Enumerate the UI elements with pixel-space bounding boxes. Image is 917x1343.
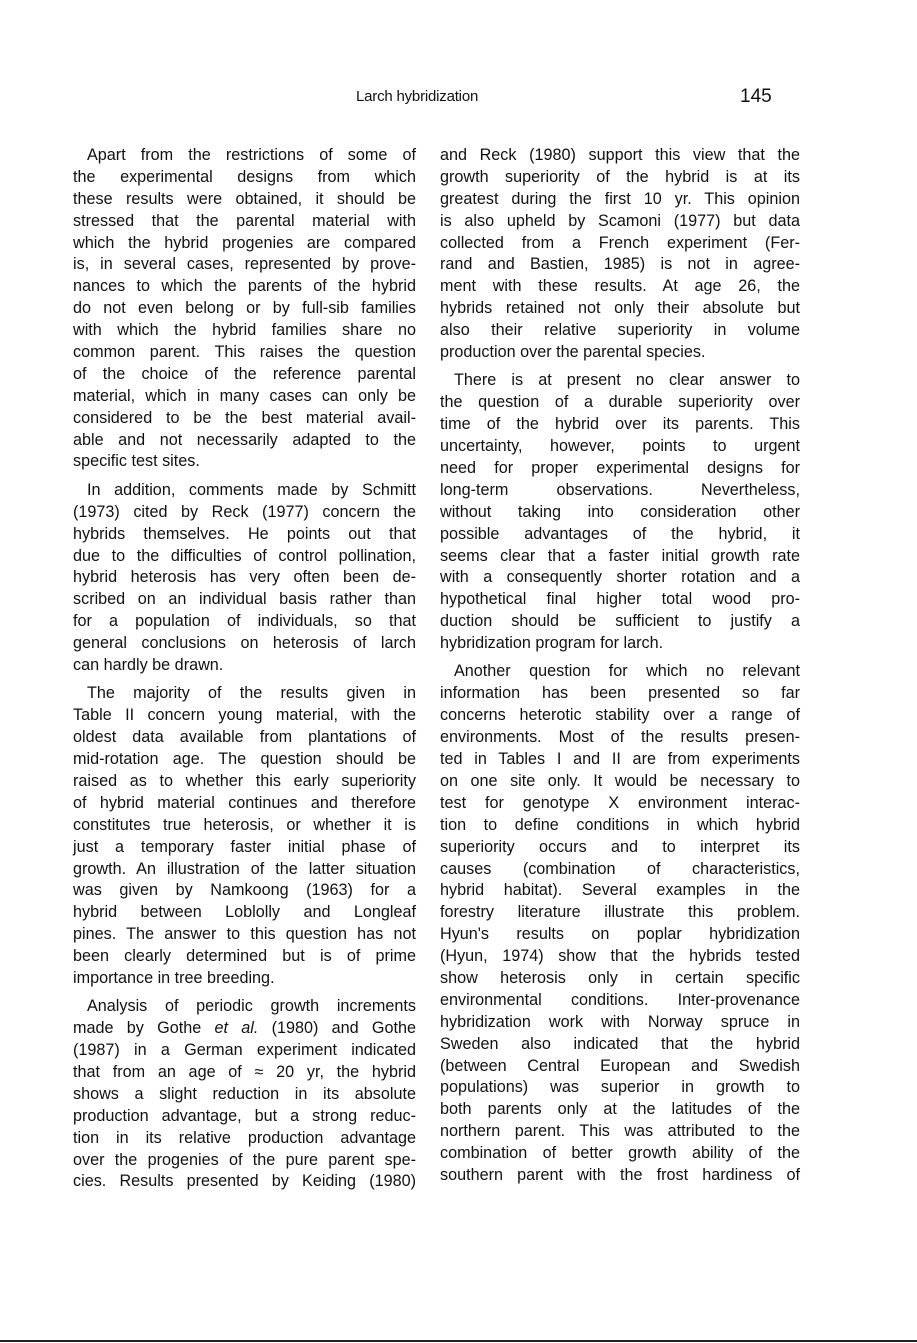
- text-line: stressed that the parental material with: [73, 211, 416, 233]
- paragraph: In addition, comments made by Schmitt(19…: [73, 480, 416, 677]
- text-line: cies. Results presented by Keiding (1980…: [73, 1171, 416, 1193]
- text-line: production advantage, but a strong reduc…: [73, 1106, 416, 1128]
- text-line: There is at present no clear answer to: [440, 370, 800, 392]
- text-line: tion to define conditions in which hybri…: [440, 815, 800, 837]
- text-line: (Hyun, 1974) show that the hybrids teste…: [440, 946, 800, 968]
- text-line: without taking into consideration other: [440, 502, 800, 524]
- text-line: was given by Namkoong (1963) for a: [73, 880, 416, 902]
- text-line: made by Gothe et al. (1980) and Gothe: [73, 1018, 416, 1040]
- text-line: hybrid heterosis has very often been de-: [73, 567, 416, 589]
- page-bottom-edge: [0, 1340, 917, 1342]
- text-line: concerns heterotic stability over a rang…: [440, 705, 800, 727]
- text-line: combination of better growth ability of …: [440, 1143, 800, 1165]
- paragraph: Another question for which no relevantin…: [440, 661, 800, 1186]
- page-number: 145: [740, 86, 772, 108]
- text-line: long-term observations. Nevertheless,: [440, 480, 800, 502]
- text-line: In addition, comments made by Schmitt: [73, 480, 416, 502]
- text-line: common parent. This raises the question: [73, 342, 416, 364]
- text-line: growth superiority of the hybrid is at i…: [440, 167, 800, 189]
- text-line: hybridization work with Norway spruce in: [440, 1012, 800, 1034]
- text-line: Apart from the restrictions of some of: [73, 145, 416, 167]
- text-line: growth. An illustration of the latter si…: [73, 859, 416, 881]
- text-line: just a temporary faster initial phase of: [73, 837, 416, 859]
- left-column: Apart from the restrictions of some ofth…: [73, 145, 416, 1200]
- text-line: material, which in many cases can only b…: [73, 386, 416, 408]
- text-line: forestry literature illustrate this prob…: [440, 902, 800, 924]
- text-line: of the choice of the reference parental: [73, 364, 416, 386]
- text-line: need for proper experimental designs for: [440, 458, 800, 480]
- text-line: the question of a durable superiority ov…: [440, 392, 800, 414]
- text-line: possible advantages of the hybrid, it: [440, 524, 800, 546]
- text-line: on one site only. It would be necessary …: [440, 771, 800, 793]
- text-line: greatest during the first 10 yr. This op…: [440, 189, 800, 211]
- paragraph: The majority of the results given inTabl…: [73, 683, 416, 989]
- text-line: causes (combination of characteristics,: [440, 859, 800, 881]
- text-line: tion in its relative production advantag…: [73, 1128, 416, 1150]
- text-line: hybrid habitat). Several examples in the: [440, 880, 800, 902]
- text-line: information has been presented so far: [440, 683, 800, 705]
- text-line: that from an age of ≈ 20 yr, the hybrid: [73, 1062, 416, 1084]
- right-column: and Reck (1980) support this view that t…: [440, 145, 800, 1193]
- text-line: oldest data available from plantations o…: [73, 727, 416, 749]
- text-line: importance in tree breeding.: [73, 968, 416, 990]
- paragraph: There is at present no clear answer toth…: [440, 370, 800, 655]
- text-line: production over the parental species.: [440, 342, 800, 364]
- text-line: northern parent. This was attributed to …: [440, 1121, 800, 1143]
- text-line: mid-rotation age. The question should be: [73, 749, 416, 771]
- text-line: Hyun's results on poplar hybridization: [440, 924, 800, 946]
- text-line: (between Central European and Swedish: [440, 1056, 800, 1078]
- text-line: time of the hybrid over its parents. Thi…: [440, 414, 800, 436]
- text-line: raised as to whether this early superior…: [73, 771, 416, 793]
- text-line: and Reck (1980) support this view that t…: [440, 145, 800, 167]
- text-line: for a population of individuals, so that: [73, 611, 416, 633]
- text-line: constitutes true heterosis, or whether i…: [73, 815, 416, 837]
- text-line: shows a slight reduction in its absolute: [73, 1084, 416, 1106]
- text-line: test for genotype X environment interac-: [440, 793, 800, 815]
- text-line: with which the hybrid families share no: [73, 320, 416, 342]
- text-line: able and not necessarily adapted to the: [73, 430, 416, 452]
- text-line: considered to be the best material avail…: [73, 408, 416, 430]
- text-line: nances to which the parents of the hybri…: [73, 276, 416, 298]
- text-line: environmental conditions. Inter-provenan…: [440, 990, 800, 1012]
- text-line: Another question for which no relevant: [440, 661, 800, 683]
- text-line: rand and Bastien, 1985) is not in agree-: [440, 254, 800, 276]
- text-line: The majority of the results given in: [73, 683, 416, 705]
- text-line: ment with these results. At age 26, the: [440, 276, 800, 298]
- text-line: populations) was superior in growth to: [440, 1077, 800, 1099]
- text-line: southern parent with the frost hardiness…: [440, 1165, 800, 1187]
- running-head: Larch hybridization 145: [0, 88, 917, 110]
- text-line: hypothetical final higher total wood pro…: [440, 589, 800, 611]
- paragraph: Apart from the restrictions of some ofth…: [73, 145, 416, 473]
- text-line: been clearly determined but is of prime: [73, 946, 416, 968]
- text-line: ted in Tables I and II are from experime…: [440, 749, 800, 771]
- text-line: do not even belong or by full-sib famili…: [73, 298, 416, 320]
- text-line: hybridization program for larch.: [440, 633, 800, 655]
- text-line: Analysis of periodic growth increments: [73, 996, 416, 1018]
- text-line: the experimental designs from which: [73, 167, 416, 189]
- text-line: collected from a French experiment (Fer-: [440, 233, 800, 255]
- text-line: due to the difficulties of control polli…: [73, 546, 416, 568]
- text-line: general conclusions on heterosis of larc…: [73, 633, 416, 655]
- running-title: Larch hybridization: [356, 88, 478, 105]
- text-line: (1987) in a German experiment indicated: [73, 1040, 416, 1062]
- text-line: scribed on an individual basis rather th…: [73, 589, 416, 611]
- text-line: uncertainty, however, points to urgent: [440, 436, 800, 458]
- text-line: hybrid between Loblolly and Longleaf: [73, 902, 416, 924]
- text-line: seems clear that a faster initial growth…: [440, 546, 800, 568]
- text-line: can hardly be drawn.: [73, 655, 416, 677]
- text-line: also their relative superiority in volum…: [440, 320, 800, 342]
- text-line: hybrids themselves. He points out that: [73, 524, 416, 546]
- text-line: pines. The answer to this question has n…: [73, 924, 416, 946]
- paragraph: Analysis of periodic growth incrementsma…: [73, 996, 416, 1193]
- text-line: specific test sites.: [73, 451, 416, 473]
- text-line: is also upheld by Scamoni (1977) but dat…: [440, 211, 800, 233]
- text-line: with a consequently shorter rotation and…: [440, 567, 800, 589]
- text-line: superiority occurs and to interpret its: [440, 837, 800, 859]
- text-line: these results were obtained, it should b…: [73, 189, 416, 211]
- text-line: show heterosis only in certain specific: [440, 968, 800, 990]
- text-line: environments. Most of the results presen…: [440, 727, 800, 749]
- paragraph: and Reck (1980) support this view that t…: [440, 145, 800, 364]
- text-line: which the hybrid progenies are compared: [73, 233, 416, 255]
- text-line: both parents only at the latitudes of th…: [440, 1099, 800, 1121]
- text-line: over the progenies of the pure parent sp…: [73, 1150, 416, 1172]
- text-line: Sweden also indicated that the hybrid: [440, 1034, 800, 1056]
- text-line: of hybrid material continues and therefo…: [73, 793, 416, 815]
- text-line: (1973) cited by Reck (1977) concern the: [73, 502, 416, 524]
- text-line: Table II concern young material, with th…: [73, 705, 416, 727]
- text-line: is, in several cases, represented by pro…: [73, 254, 416, 276]
- text-line: duction should be sufficient to justify …: [440, 611, 800, 633]
- text-line: hybrids retained not only their absolute…: [440, 298, 800, 320]
